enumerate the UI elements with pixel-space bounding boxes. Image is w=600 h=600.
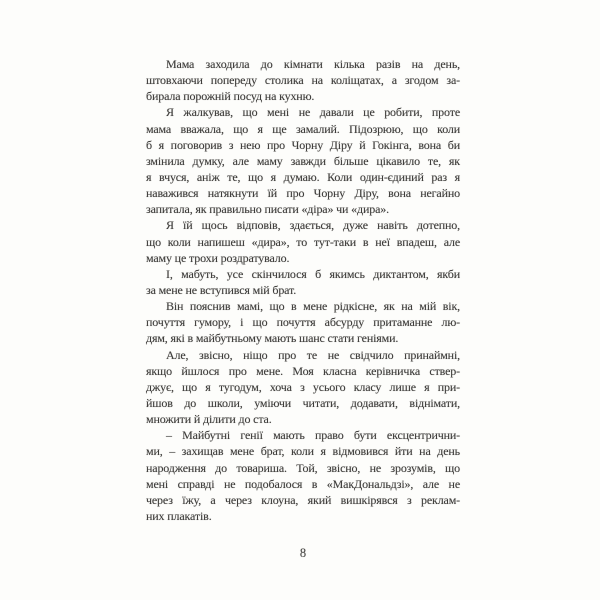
text-line: Він пояснив мамі, що в мене рідкісне, як… (146, 298, 460, 314)
text-line: мені справді не подобалося в «МакДональд… (146, 476, 460, 492)
text-line: йшов до школи, уміючи читати, додавати, … (146, 395, 460, 411)
text-line: почуття гумору, і що почуття абсурду при… (146, 314, 460, 330)
text-line: ми, – захищав мене брат, коли я відмовив… (146, 443, 460, 459)
book-page: Мама заходила до кімнати кілька разів на… (0, 0, 600, 600)
text-line: мама вважала, що я ще замалий. Підозрюю,… (146, 121, 460, 137)
text-line: Мама заходила до кімнати кілька разів на… (146, 56, 460, 72)
text-line: бирала порожній посуд на кухню. (146, 88, 460, 104)
page-number: 8 (146, 545, 460, 561)
text-line: множити й ділити до ста. (146, 411, 460, 427)
text-line: за мене не вступився мій брат. (146, 282, 460, 298)
text-line: змінила думку, але маму завжди більше ці… (146, 153, 460, 169)
text-line: що коли напишеш «дира», то тут-таки в не… (146, 234, 460, 250)
text-line: б я поговорив з нею про Чорну Діру й Гок… (146, 137, 460, 153)
text-line: джує, що я тугодум, хоча з усього класу … (146, 379, 460, 395)
text-line: народження до товариша. Той, звісно, не … (146, 460, 460, 476)
text-line: Але, звісно, ніщо про те не свідчило при… (146, 347, 460, 363)
text-line: дям, які в майбутньому мають шанс стати … (146, 330, 460, 346)
text-line: них плакатів. (146, 508, 460, 524)
text-line: через їжу, а через клоуна, який вишкіряв… (146, 492, 460, 508)
text-line: якщо йшлося про мене. Моя класна керівни… (146, 363, 460, 379)
text-line: наважився натякнути їй про Чорну Діру, в… (146, 185, 460, 201)
text-line: Я їй щось відповів, здається, дуже навіт… (146, 217, 460, 233)
text-line: запитала, як правильно писати «діра» чи … (146, 201, 460, 217)
text-line: І, мабуть, усе скінчилося б якимсь дикта… (146, 266, 460, 282)
text-line: Я жалкував, що мені не давали це робити,… (146, 104, 460, 120)
text-line: штовхаючи попереду столика на коліщатах,… (146, 72, 460, 88)
text-line: – Майбутні генії мають право бути ексцен… (146, 427, 460, 443)
text-block: Мама заходила до кімнати кілька разів на… (146, 56, 460, 524)
text-line: маму це трохи роздратувало. (146, 250, 460, 266)
text-line: я вчуся, аніж те, що я думаю. Коли один-… (146, 169, 460, 185)
